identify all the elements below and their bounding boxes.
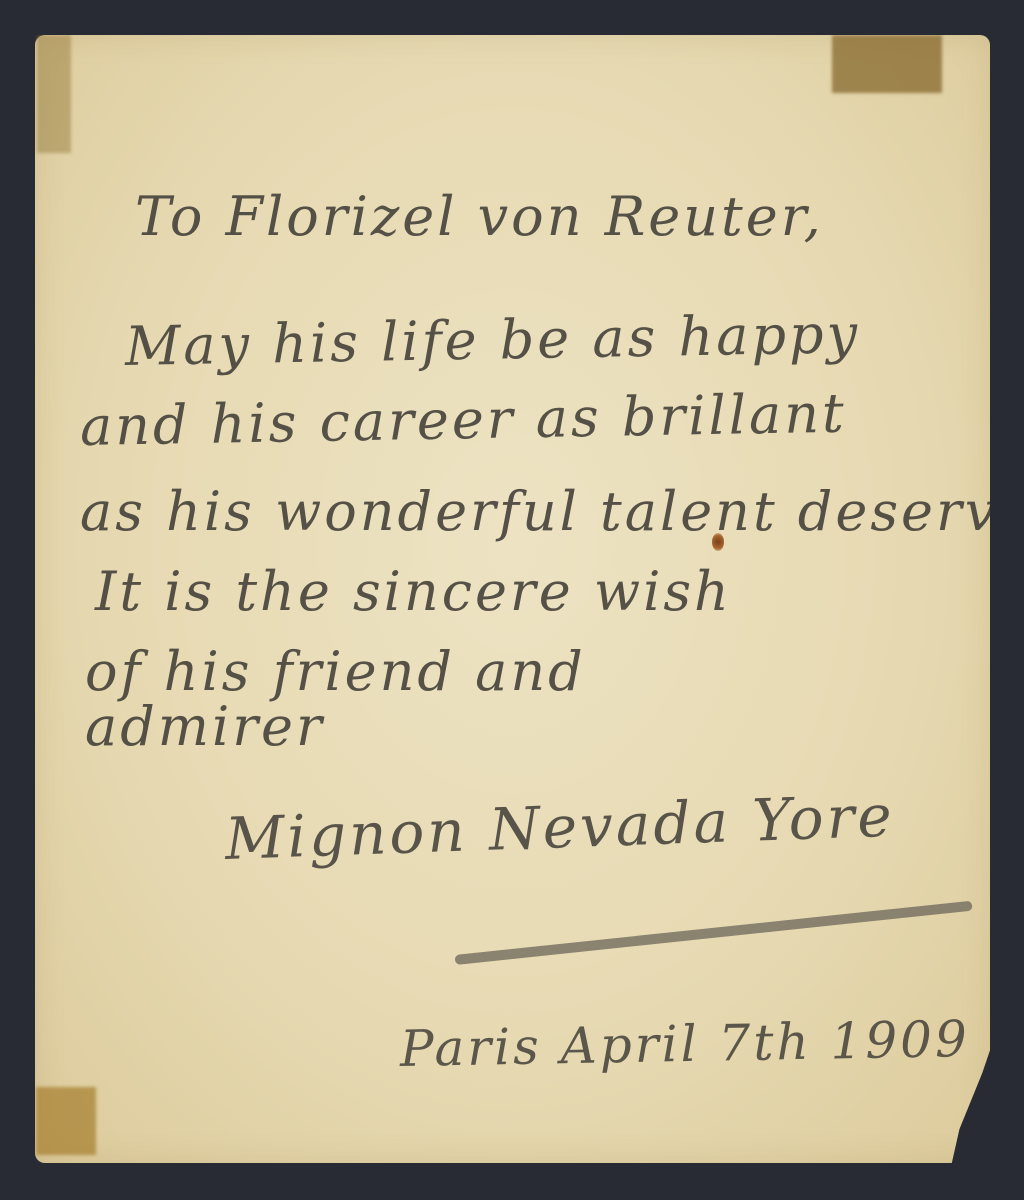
tape-stain-top-right [832,35,942,93]
inscription-line-5: It is the sincere wish [95,560,732,623]
inscription-line-2: May his life be as happy [124,302,860,378]
signature-flourish [454,901,972,965]
inscription-line-4: as his wonderful talent deserves, [80,480,1024,543]
tape-stain-bottom-left [36,1087,96,1155]
inscription-line-7: admirer [85,695,325,758]
tape-stain-top-left [37,35,71,153]
letter-paper: To Florizel von Reuter, May his life be … [35,35,990,1163]
inscription-line-6: of his friend and [85,640,586,703]
signature: Mignon Nevada Yore [224,782,896,873]
dateline: Paris April 7th 1909 [399,1010,970,1078]
inscription-line-1: To Florizel von Reuter, [135,185,824,248]
inscription-line-3: and his career as brillant [79,382,847,458]
